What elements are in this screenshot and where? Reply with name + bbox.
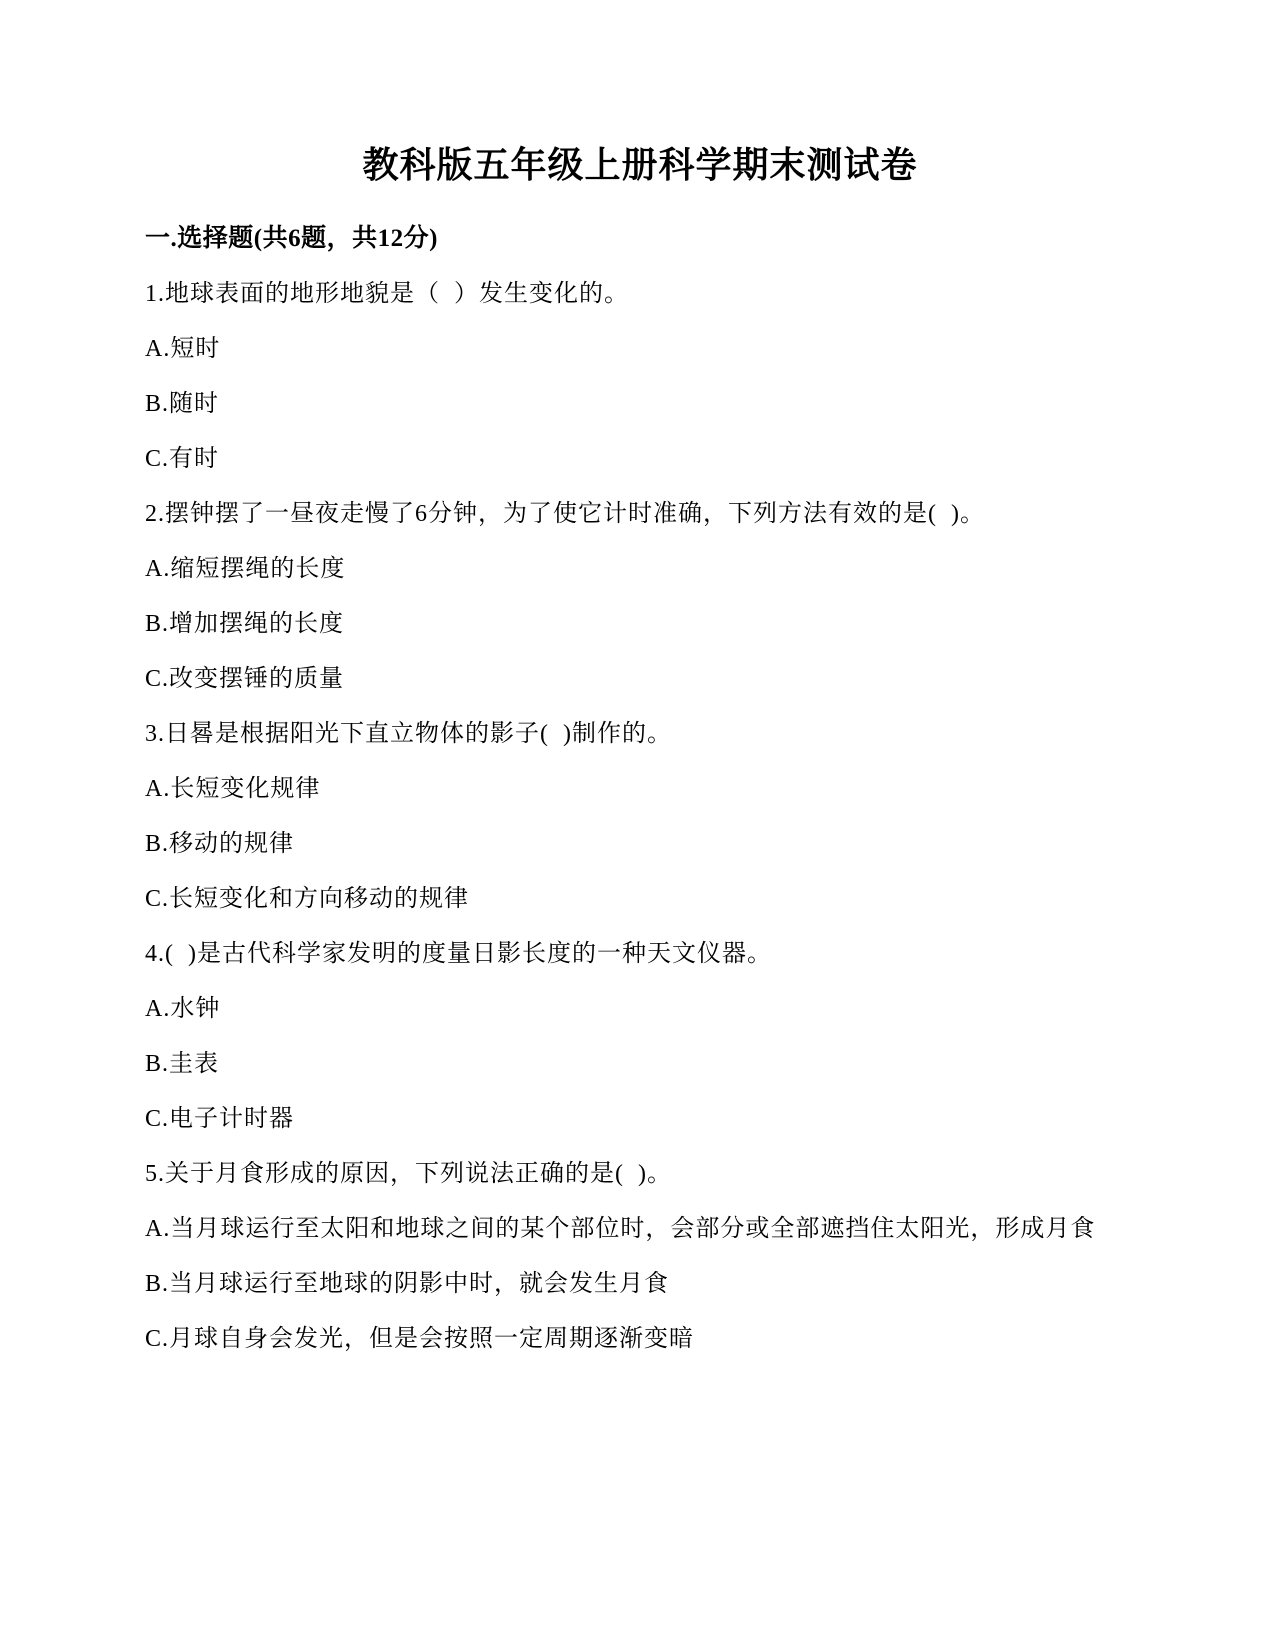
question-2-option-a: A.缩短摆绳的长度	[145, 554, 1135, 585]
question-5: 5.关于月食形成的原因，下列说法正确的是( )。 A.当月球运行至太阳和地球之间…	[145, 1159, 1135, 1355]
question-2-option-c: C.改变摆锤的质量	[145, 664, 1135, 695]
question-5-text: 5.关于月食形成的原因，下列说法正确的是( )。	[145, 1159, 1135, 1190]
question-1-option-c: C.有时	[145, 444, 1135, 475]
question-4-option-c: C.电子计时器	[145, 1104, 1135, 1135]
section-heading: 一.选择题(共6题，共12分)	[145, 223, 1135, 255]
question-1-option-a: A.短时	[145, 334, 1135, 365]
question-5-option-a: A.当月球运行至太阳和地球之间的某个部位时，会部分或全部遮挡住太阳光，形成月食	[145, 1214, 1135, 1245]
question-4-option-a: A.水钟	[145, 994, 1135, 1025]
question-3-option-a: A.长短变化规律	[145, 774, 1135, 805]
exam-document-page: 教科版五年级上册科学期末测试卷 一.选择题(共6题，共12分) 1.地球表面的地…	[0, 0, 1275, 1650]
question-5-option-b: B.当月球运行至地球的阴影中时，就会发生月食	[145, 1269, 1135, 1300]
question-3-option-c: C.长短变化和方向移动的规律	[145, 884, 1135, 915]
question-4: 4.( )是古代科学家发明的度量日影长度的一种天文仪器。 A.水钟 B.圭表 C…	[145, 939, 1135, 1135]
question-4-text: 4.( )是古代科学家发明的度量日影长度的一种天文仪器。	[145, 939, 1135, 970]
question-2: 2.摆钟摆了一昼夜走慢了6分钟，为了使它计时准确，下列方法有效的是( )。 A.…	[145, 499, 1135, 695]
question-3-option-b: B.移动的规律	[145, 829, 1135, 860]
question-1: 1.地球表面的地形地貌是（ ）发生变化的。 A.短时 B.随时 C.有时	[145, 279, 1135, 475]
question-2-text: 2.摆钟摆了一昼夜走慢了6分钟，为了使它计时准确，下列方法有效的是( )。	[145, 499, 1135, 530]
question-3: 3.日晷是根据阳光下直立物体的影子( )制作的。 A.长短变化规律 B.移动的规…	[145, 719, 1135, 915]
question-1-option-b: B.随时	[145, 389, 1135, 420]
question-4-option-b: B.圭表	[145, 1049, 1135, 1080]
question-5-option-c: C.月球自身会发光，但是会按照一定周期逐渐变暗	[145, 1324, 1135, 1355]
question-1-text: 1.地球表面的地形地貌是（ ）发生变化的。	[145, 279, 1135, 310]
question-2-option-b: B.增加摆绳的长度	[145, 609, 1135, 640]
question-3-text: 3.日晷是根据阳光下直立物体的影子( )制作的。	[145, 719, 1135, 750]
page-title: 教科版五年级上册科学期末测试卷	[145, 143, 1135, 187]
